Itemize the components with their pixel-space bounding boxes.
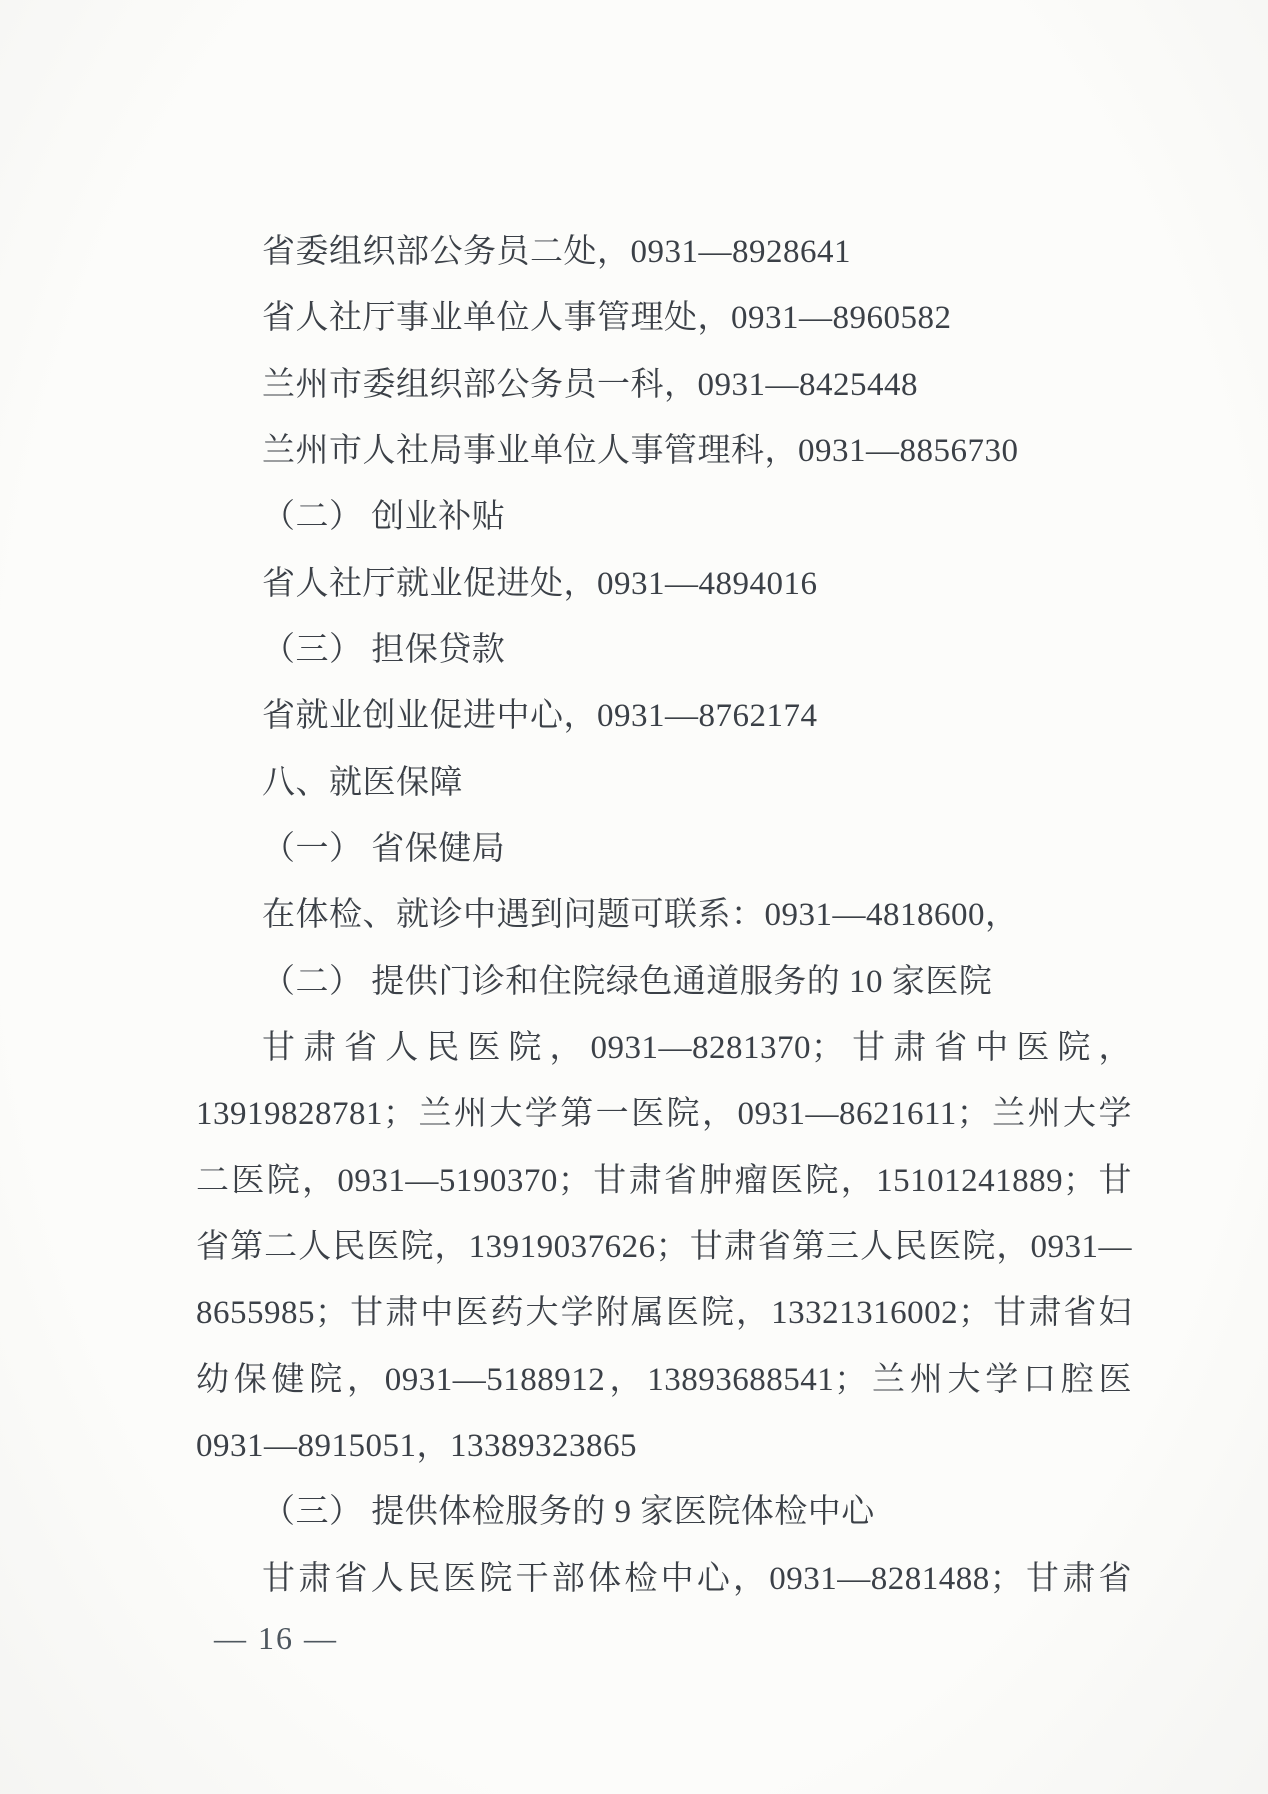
- document-line: 0931—8915051，13389323865: [196, 1413, 1132, 1479]
- document-line: 8655985；甘肃中医药大学附属医院，13321316002；甘肃省妇: [196, 1280, 1132, 1346]
- document-line: 省第二人民医院，13919037626；甘肃省第三人民医院，0931—: [196, 1214, 1132, 1280]
- scanned-document-page: 省委组织部公务员二处，0931—8928641省人社厅事业单位人事管理处，093…: [0, 0, 1268, 1794]
- document-line: 甘肃省人民医院，0931—8281370；甘肃省中医院，: [196, 1015, 1132, 1081]
- document-line: 在体检、就诊中遇到问题可联系：0931—4818600，18893717917: [196, 882, 1132, 948]
- document-line: 省委组织部公务员二处，0931—8928641: [196, 219, 1132, 285]
- page-number: — 16 —: [214, 1605, 338, 1671]
- document-line: 八、就医保障: [196, 750, 1132, 816]
- document-line: （二） 创业补贴: [196, 484, 1132, 550]
- document-body: 省委组织部公务员二处，0931—8928641省人社厅事业单位人事管理处，093…: [196, 219, 1132, 1612]
- document-line: 省就业创业促进中心，0931—8762174: [196, 683, 1132, 749]
- document-line: 省人社厅事业单位人事管理处，0931—8960582: [196, 285, 1132, 351]
- document-line: 甘肃省人民医院干部体检中心，0931—8281488；甘肃省: [196, 1546, 1132, 1612]
- document-line: 兰州市人社局事业单位人事管理科，0931—8856730: [196, 418, 1132, 484]
- document-line: （三） 担保贷款: [196, 617, 1132, 683]
- document-line: 幼保健院，0931—5188912，13893688541；兰州大学口腔医院，: [196, 1347, 1132, 1413]
- document-line: 兰州市委组织部公务员一科，0931—8425448: [196, 352, 1132, 418]
- document-line: （二） 提供门诊和住院绿色通道服务的 10 家医院: [196, 949, 1132, 1015]
- document-line: （一） 省保健局: [196, 816, 1132, 882]
- document-line: 二医院，0931—5190370；甘肃省肿瘤医院，15101241889；甘肃: [196, 1148, 1132, 1214]
- document-line: 省人社厅就业促进处，0931—4894016: [196, 551, 1132, 617]
- document-line: 13919828781；兰州大学第一医院，0931—8621611；兰州大学第: [196, 1081, 1132, 1147]
- document-line: （三） 提供体检服务的 9 家医院体检中心: [196, 1479, 1132, 1545]
